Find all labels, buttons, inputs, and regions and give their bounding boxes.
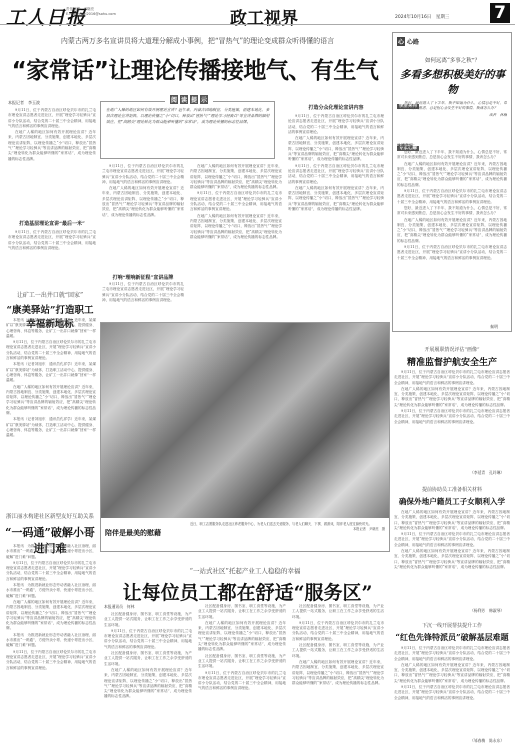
photo-caption-title: 陪伴是最美的慰藉 <box>105 528 161 538</box>
lead-story-kicker: 内蒙古两万多名宣讲员将大道理分解成小事例，把“冒热气”的理论变成群众听得懂的语言 <box>30 36 365 46</box>
lead-subhead-3: 打造分众化理论宣讲内容 <box>288 104 384 111</box>
lead-story-column-3: 在地广人稀的地区如何有效开展理论宣讲？近年来，内蒙古因地制宜、分类施策，创建本地… <box>190 164 282 318</box>
lead-subhead-2: 打响“理响新征程”宣讲品牌 <box>102 274 184 281</box>
reading-guide-text: 在地广人稀的地区如何有效开展理论宣讲？近年来，内蒙古因地制宜、分类施策，创建本地… <box>106 107 270 125</box>
photo-credit: 本报记者 尹晓亮 摄 <box>190 527 385 532</box>
bottom-story-col-1: 社区配备健身房、图书室、职工食堂等设施，为产业工人提供一站式服务，让职工在工作之… <box>104 612 192 746</box>
left-story-2-body: 本报讯 为推进新就业形态劳动者融入社区治理，丽水市推出“一码通”，方便外卖小哥、… <box>6 544 96 744</box>
heart-column-icon: 心 <box>397 37 405 46</box>
right-story-2-kicker: 提前协助员工准备相关材料 <box>392 486 512 493</box>
expert-greeting: 林梅您好： <box>397 143 417 149</box>
lead-story-byline: 本报记者 李玉波 <box>8 100 40 106</box>
sidebar-column-name: 心心路 <box>397 37 419 46</box>
lead-story-column-1b: 9月11日，位于内蒙古自治区呼伦贝尔市的扎兰屯市理论宣讲志愿者走进社区，开展“理… <box>8 230 96 282</box>
bottom-story-kicker: “一站式社区”托起产业工人稳稳的幸福 <box>110 566 380 575</box>
right-story-3-credit: （邹春梅 陈永东） <box>470 738 504 744</box>
right-story-3-headline[interactable]: “红色先锋特派员”破解基层难题 <box>392 632 512 643</box>
bottom-story-col-2: 社区配备健身房、图书室、职工食堂等设施，为产业工人提供一站式服务，让职工在工作之… <box>198 604 286 746</box>
editor-email: E-mail:yinyj2016@sohu.com <box>66 12 116 17</box>
right-story-2-headline[interactable]: 确保外地户籍员工子女顺利入学 <box>392 496 512 507</box>
page-number: 7 <box>490 3 510 23</box>
lead-subhead-1: 打造基层理论宣讲“最后一米” <box>8 220 96 227</box>
expert-sign: 秦明 <box>490 324 498 330</box>
left-story-1-kicker: 让矿工一出井口就“回家” <box>4 290 96 299</box>
news-photo-volunteers-with-elderly[interactable] <box>101 323 389 518</box>
masthead-meta: 责任编辑：尹晓亮 E-mail:yinyj2016@sohu.com <box>66 7 116 17</box>
sidebar-kicker: 如何远离“多事之秋”？ <box>395 56 510 64</box>
right-story-1-credit: （李延青 孔玲琳） <box>470 470 504 476</box>
reader-letter: 您好，最近进入了下半年，我不知道为什么，心情总是不好，常常对未来感到焦虑，总是担… <box>397 101 507 129</box>
bottom-story-byline: 本报通讯员 何林 <box>104 604 134 610</box>
reading-guide-label: 阅读提示 <box>165 95 213 104</box>
right-story-3-kicker: 下沉一线开展帮扶提升工作 <box>392 622 512 629</box>
right-story-2-body: 在地广人稀的地区如何有效开展理论宣讲？近年来，内蒙古因地制宜、分类施策，创建本地… <box>394 510 510 608</box>
right-story-3-body: 9月11日，位于内蒙古自治区呼伦贝尔市的扎兰屯市理论宣讲志愿者走进社区，开展“理… <box>394 646 510 738</box>
lead-story-headline[interactable]: “家常话”让理论传播接地气、有生气 <box>10 52 380 85</box>
masthead-divider <box>0 24 515 25</box>
lead-story-column-4: 9月11日，位于内蒙古自治区呼伦贝尔市的扎兰屯市理论宣讲志愿者走进社区，开展“理… <box>288 114 384 318</box>
photo-caption: 近日，职工志愿服务队走进社区养老服务中心，为老人们送去关爱服务，与老人们聊天、下… <box>190 522 385 532</box>
left-story-2-kicker: 浙江丽水构建社区新型友好互助关系 <box>4 512 96 520</box>
issue-date: 2024年10月16日 星期三 <box>395 14 449 20</box>
section-title: 政工视界 <box>230 4 298 29</box>
right-story-2-credit: （杨利芳 韩淑琴） <box>470 608 504 614</box>
right-story-1-kicker: 开展履职情况评估“画像” <box>392 346 512 353</box>
lead-story-column-2: 9月11日，位于内蒙古自治区呼伦贝尔市的扎兰屯市理论宣讲志愿者走进社区，开展“理… <box>102 164 184 272</box>
lead-story-column-2b: 9月11日，位于内蒙古自治区呼伦贝尔市的扎兰屯市理论宣讲志愿者走进社区，开展“理… <box>102 282 184 318</box>
left-story-1-body: 本报讯（记者刘旭东 通讯员孔祥学）近年来，某煤矿以“康美驿站”为载体，打造职工活… <box>6 318 96 504</box>
expert-answer-body: 您好，最近进入了下半年，我不知道为什么，心情总是不好，常常对未来感到焦虑，总是担… <box>397 150 507 322</box>
right-story-1-body: 9月11日，位于内蒙古自治区呼伦贝尔市的扎兰屯市理论宣讲志愿者走进社区，开展“理… <box>394 370 510 470</box>
right-story-1-headline[interactable]: 精准监督护航安全生产 <box>392 355 512 368</box>
bottom-story-headline[interactable]: 让每位员工都在舒适“服务区” <box>110 578 385 605</box>
bottom-story-col-3: 社区配备健身房、图书室、职工食堂等设施，为产业工人提供一站式服务，让职工在工作之… <box>292 604 384 746</box>
lead-story-column-1: 9月11日，位于内蒙古自治区呼伦贝尔市的扎兰屯市理论宣讲志愿者走进社区，开展“理… <box>8 108 96 216</box>
